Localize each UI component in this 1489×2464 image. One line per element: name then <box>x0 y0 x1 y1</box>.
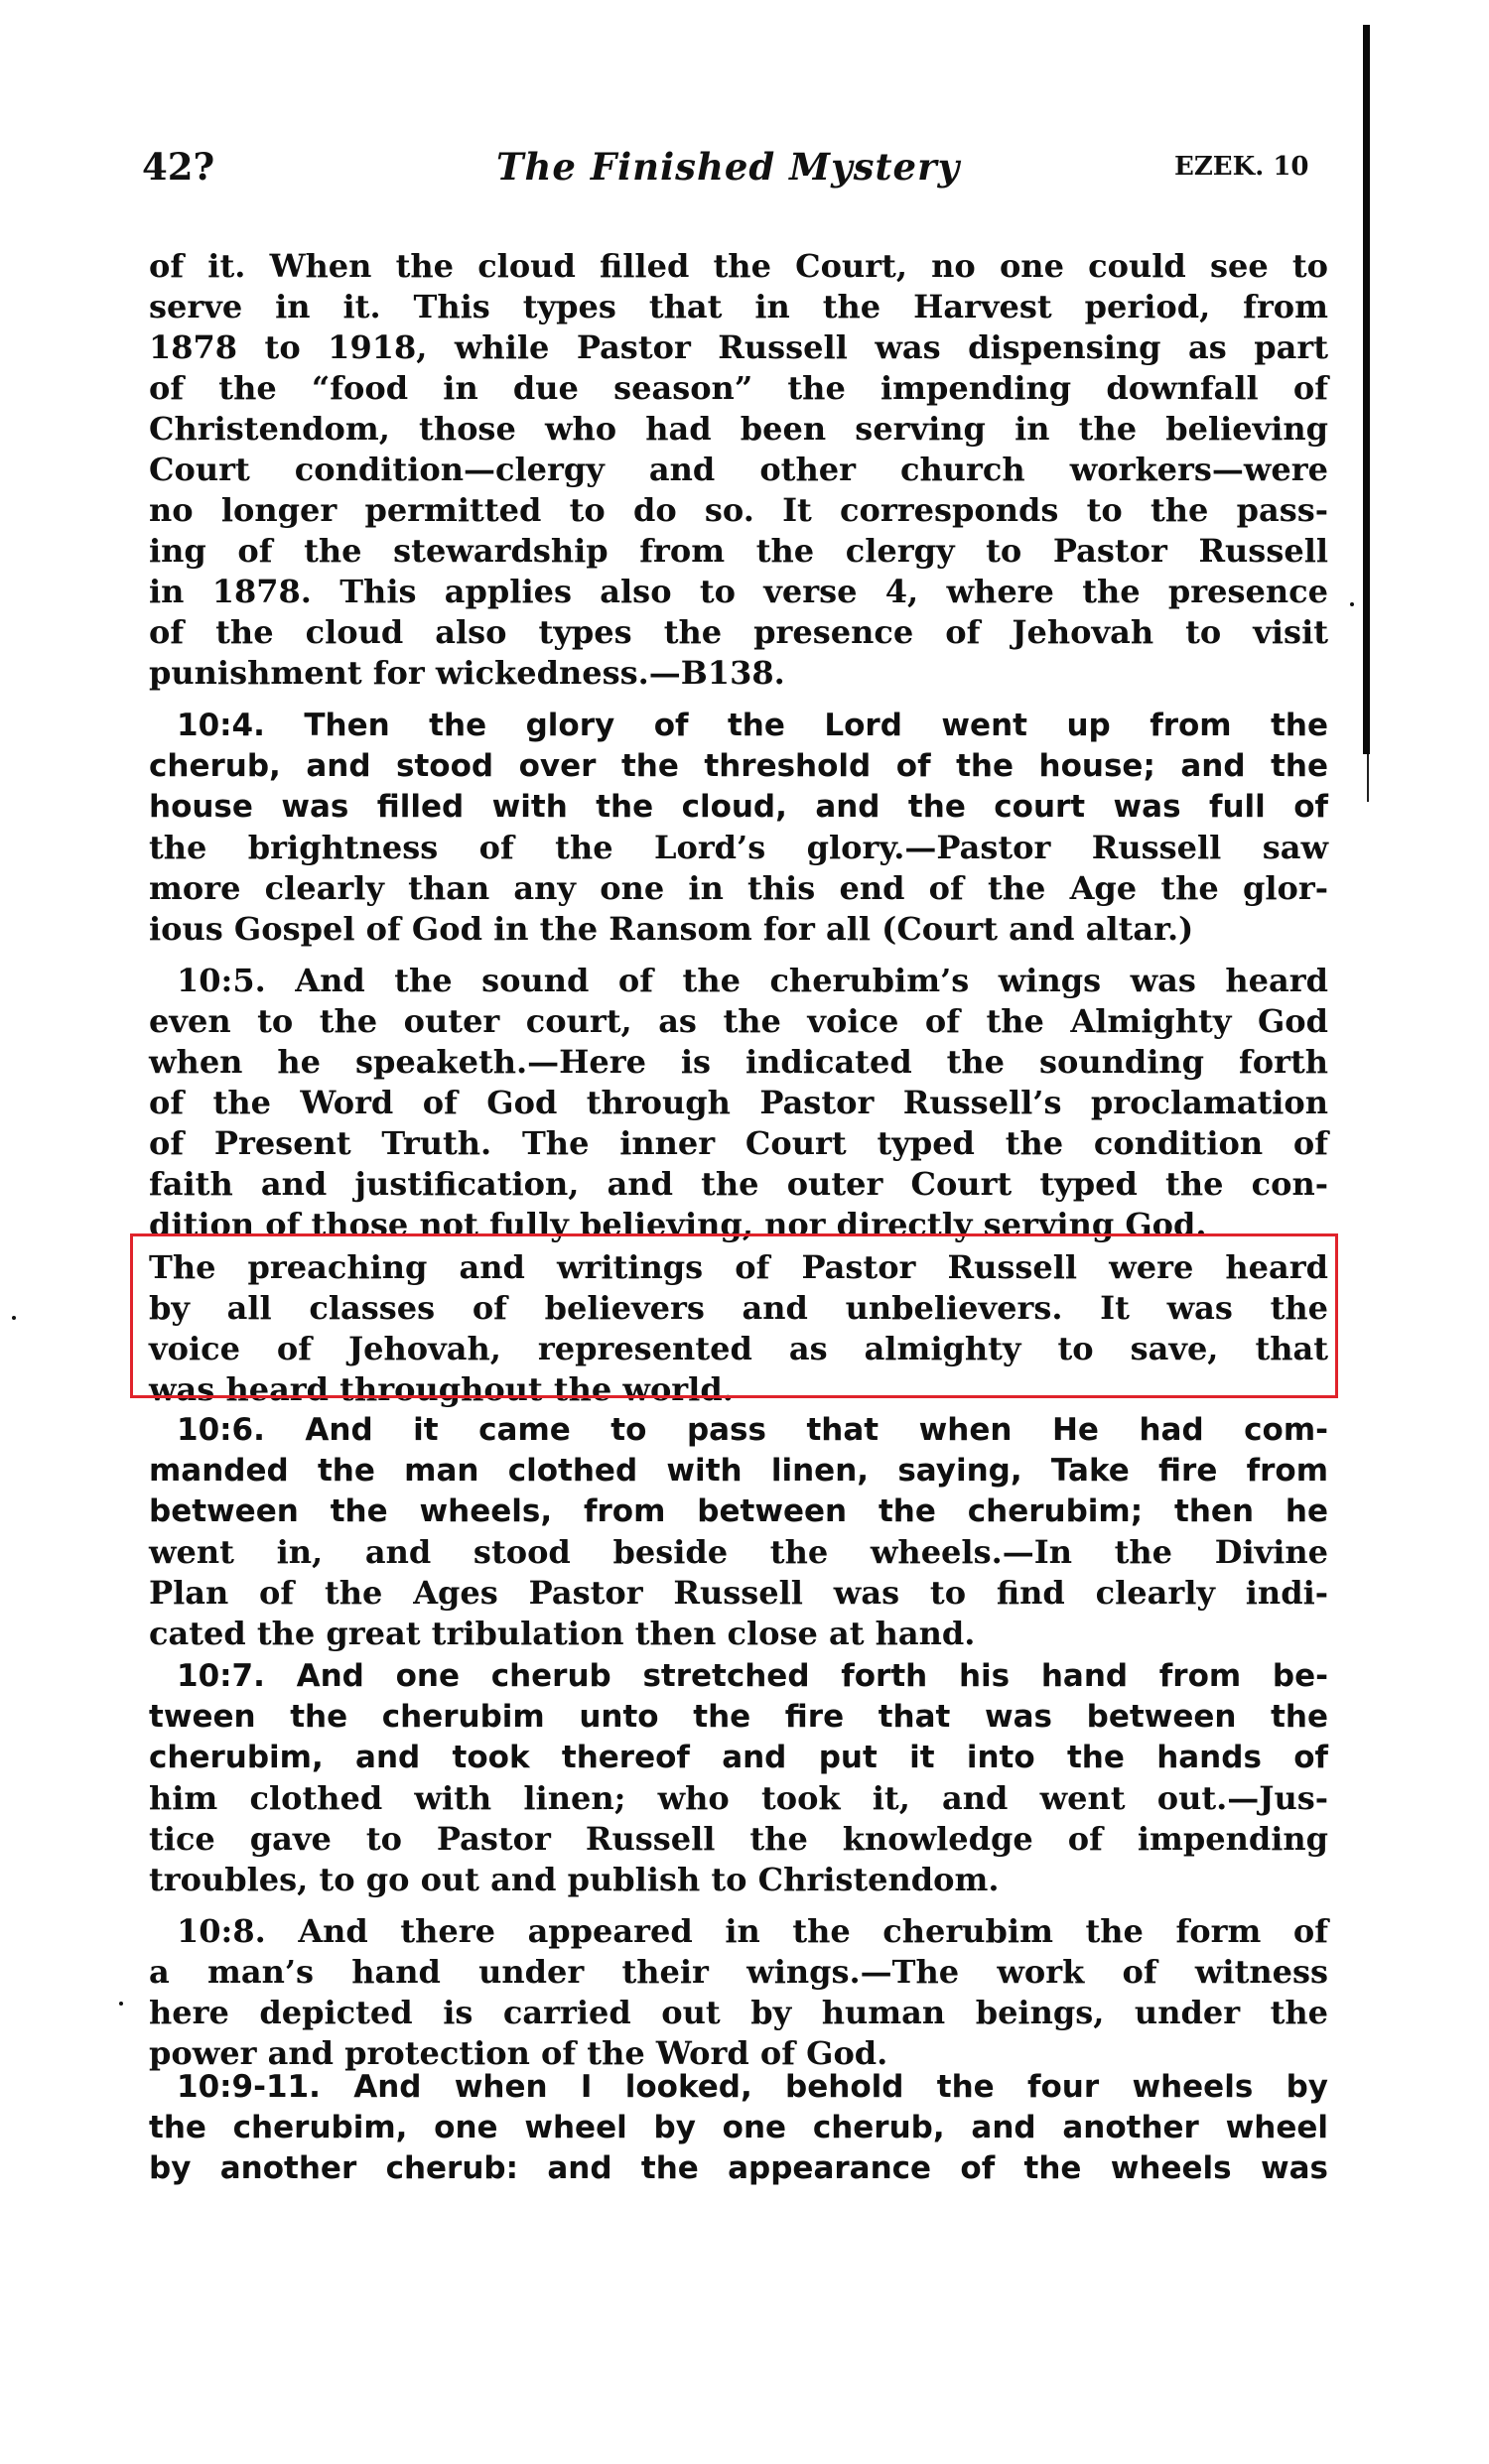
paragraph-continuation: of it. When the cloud filled the Court, … <box>149 246 1328 694</box>
text-line: of the cloud also types the presence of … <box>149 612 1328 653</box>
text-line: Court condition—clergy and other church … <box>149 450 1328 490</box>
text-line: the cherubim, one wheel by one cherub, a… <box>149 2108 1328 2148</box>
text-line: of the Word of God through Pastor Russel… <box>149 1083 1328 1123</box>
paragraph-verse-10-8: 10:8. And there appeared in the cherubim… <box>149 1911 1328 2074</box>
text-line: 10:5. And the sound of the cherubim’s wi… <box>149 961 1328 1001</box>
paragraph-verse-10-5: 10:5. And the sound of the cherubim’s wi… <box>149 961 1328 1245</box>
text-line: by another cherub: and the appearance of… <box>149 2148 1328 2189</box>
text-line: cated the great tribulation then close a… <box>149 1614 1328 1654</box>
text-line: cherub, and stood over the threshold of … <box>149 746 1328 787</box>
text-line: serve in it. This types that in the Harv… <box>149 287 1328 327</box>
text-line: of Present Truth. The inner Court typed … <box>149 1123 1328 1164</box>
text-line: when he speaketh.—Here is indicated the … <box>149 1042 1328 1083</box>
text-line: manded the man clothed with linen, sayin… <box>149 1451 1328 1491</box>
text-line: a man’s hand under their wings.—The work… <box>149 1952 1328 1993</box>
text-line: 10:6. And it came to pass that when He h… <box>149 1410 1328 1451</box>
running-title: The Finished Mystery <box>496 139 978 195</box>
paragraph-verse-10-9-11: 10:9-11. And when I looked, behold the f… <box>149 2067 1328 2189</box>
text-line: no longer permitted to do so. It corresp… <box>149 490 1328 531</box>
scan-speck <box>12 1316 16 1320</box>
text-line: Plan of the Ages Pastor Russell was to f… <box>149 1573 1328 1614</box>
text-line: 10:8. And there appeared in the cherubim… <box>149 1911 1328 1952</box>
text-line: troubles, to go out and publish to Chris… <box>149 1860 1328 1900</box>
text-line: tween the cherubim unto the fire that wa… <box>149 1697 1328 1738</box>
page-edge-shadow <box>1363 25 1370 754</box>
text-line: him clothed with linen; who took it, and… <box>149 1778 1328 1819</box>
text-line: even to the outer court, as the voice of… <box>149 1001 1328 1042</box>
text-line: faith and justification, and the outer C… <box>149 1164 1328 1205</box>
text-line: 10:9-11. And when I looked, behold the f… <box>149 2067 1328 2108</box>
text-line: of the “food in due season” the impendin… <box>149 368 1328 409</box>
text-line: here depicted is carried out by human be… <box>149 1993 1328 2033</box>
highlight-box <box>130 1233 1338 1398</box>
text-line: 1878 to 1918, while Pastor Russell was d… <box>149 327 1328 368</box>
scanned-book-page: 42? The Finished Mystery EZEK. 10 of it.… <box>0 0 1489 2464</box>
text-line: cherubim, and took thereof and put it in… <box>149 1738 1328 1778</box>
text-line: punishment for wickedness.—B138. <box>149 653 1328 694</box>
text-line: between the wheels, from between the che… <box>149 1491 1328 1532</box>
paragraph-verse-10-7: 10:7. And one cherub stretched forth his… <box>149 1656 1328 1900</box>
text-line: Christendom, those who had been serving … <box>149 409 1328 450</box>
text-line: more clearly than any one in this end of… <box>149 868 1328 909</box>
text-line: went in, and stood beside the wheels.—In… <box>149 1532 1328 1573</box>
text-line: the brightness of the Lord’s glory.—Past… <box>149 828 1328 868</box>
text-line: in 1878. This applies also to verse 4, w… <box>149 572 1328 612</box>
chapter-reference: EZEK. 10 <box>1174 139 1309 195</box>
page-edge-shadow-tail <box>1367 754 1369 802</box>
text-line: house was filled with the cloud, and the… <box>149 787 1328 828</box>
paragraph-verse-10-4: 10:4. Then the glory of the Lord went up… <box>149 706 1328 950</box>
scan-speck <box>1350 602 1354 606</box>
page-number: 42? <box>142 139 214 195</box>
text-line: 10:7. And one cherub stretched forth his… <box>149 1656 1328 1697</box>
text-line: 10:4. Then the glory of the Lord went up… <box>149 706 1328 746</box>
text-line: tice gave to Pastor Russell the knowledg… <box>149 1819 1328 1860</box>
text-line: ious Gospel of God in the Ransom for all… <box>149 909 1328 950</box>
paragraph-verse-10-6: 10:6. And it came to pass that when He h… <box>149 1410 1328 1654</box>
text-line: of it. When the cloud filled the Court, … <box>149 246 1328 287</box>
text-line: ing of the stewardship from the clergy t… <box>149 531 1328 572</box>
scan-speck <box>119 2002 123 2006</box>
